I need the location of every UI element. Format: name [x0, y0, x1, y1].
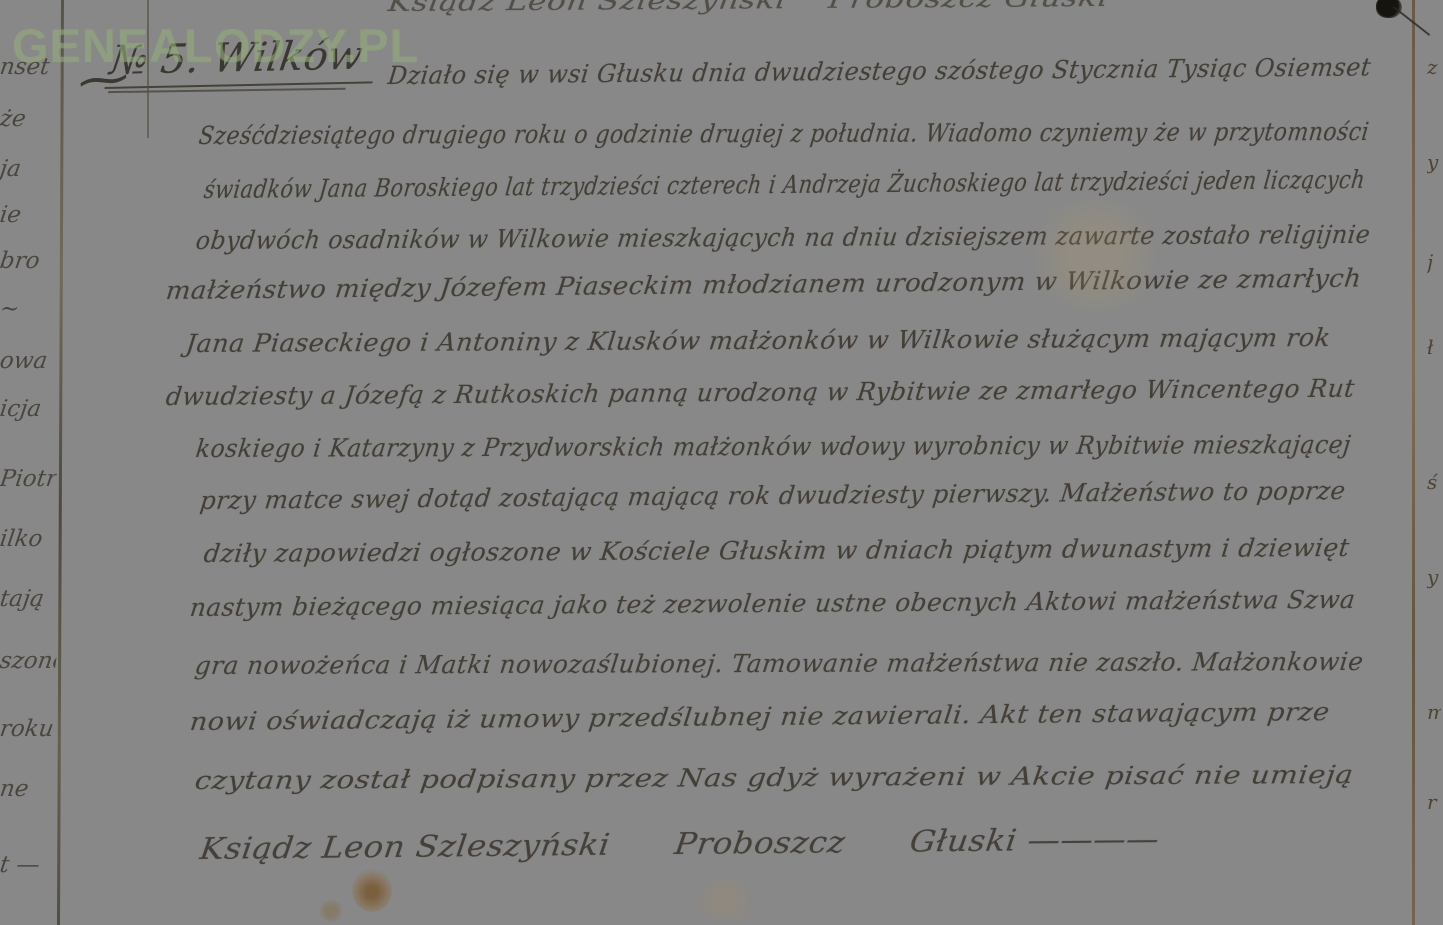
paper-stain: [1020, 200, 1170, 310]
handwritten-line: świadków Jana Boroskiego lat trzydzieści…: [202, 160, 1368, 210]
handwritten-line: dwudziesty a Józefą z Rutkoskich panną u…: [164, 369, 1357, 417]
paper-stain: [318, 900, 344, 922]
left-page-fragment: roku: [0, 716, 58, 742]
page-fold-line: [57, 0, 64, 925]
right-page-fragment: z: [1427, 55, 1441, 79]
left-page-fragment: Piotra: [0, 466, 58, 492]
handwritten-line: przy matce swej dotąd zostającą mającą r…: [198, 471, 1348, 521]
left-page-fragment: ie: [0, 202, 58, 228]
handwritten-line: małżeństwo między Józefem Piaseckim młod…: [164, 258, 1364, 311]
handwritten-line: nastym bieżącego miesiąca jako też zezwo…: [188, 580, 1358, 628]
right-page-fragment: m: [1427, 700, 1441, 724]
priest-signature: Ksiądz Leon Szleszyński Proboszcz Głuski…: [197, 820, 1161, 870]
left-page-fragment: owa: [0, 348, 58, 374]
right-page-fragment: y: [1427, 565, 1441, 589]
right-page-fragment: r: [1427, 790, 1441, 814]
left-page-fragment: ~: [0, 296, 58, 322]
right-page-fragment: j: [1427, 250, 1441, 274]
left-page-fragment: ja: [0, 156, 58, 182]
handwritten-line: koskiego i Katarzyny z Przydworskich mał…: [194, 425, 1354, 469]
left-page-fragment: bro: [0, 248, 58, 274]
handwritten-line: obydwóch osadników w Wilkowie mieszkając…: [194, 215, 1373, 261]
book-gutter-crease: [1412, 0, 1415, 925]
left-page-fragment: t —: [0, 852, 58, 878]
previous-record-cut-line: Ksiądz Leon Szleszyński Proboszcz Głuski: [386, 0, 1111, 23]
genealodzy-watermark: GENEALODZY.PL: [12, 18, 419, 73]
left-page-fragment: ne: [0, 776, 58, 802]
paper-stain: [690, 880, 760, 920]
right-page-fragment: ł: [1427, 335, 1441, 359]
handwritten-line: nowi oświadczają iż umowy przedślubnej n…: [188, 692, 1332, 742]
register-page-scan: nset że ja ie bro ~ owa icja Piotra ilko…: [0, 0, 1443, 925]
handwritten-line: czytany został podpisany przez Nas gdyż …: [193, 755, 1356, 801]
left-page-fragment: że: [0, 106, 58, 132]
left-page-fragment: szone: [0, 648, 58, 674]
right-page-fragment: ś: [1427, 470, 1441, 494]
paper-stain: [352, 868, 392, 912]
handwritten-line: Działo się w wsi Głusku dnia dwudziesteg…: [386, 47, 1374, 96]
left-page-fragment: ilko: [0, 526, 58, 552]
left-page-fragment: tają: [0, 586, 58, 612]
right-page-fragment: y: [1427, 150, 1441, 174]
handwritten-line: dziły zapowiedzi ogłoszone w Kościele Gł…: [202, 528, 1352, 574]
left-page-fragment: icja: [0, 396, 58, 422]
book-gutter: [1348, 0, 1443, 925]
handwritten-line: Jana Piaseckiego i Antoniny z Klusków ma…: [184, 318, 1333, 364]
handwritten-line: gra nowożeńca i Matki nowozaślubionej. T…: [193, 642, 1366, 686]
handwritten-line: Sześćdziesiątego drugiego roku o godzini…: [197, 112, 1372, 156]
